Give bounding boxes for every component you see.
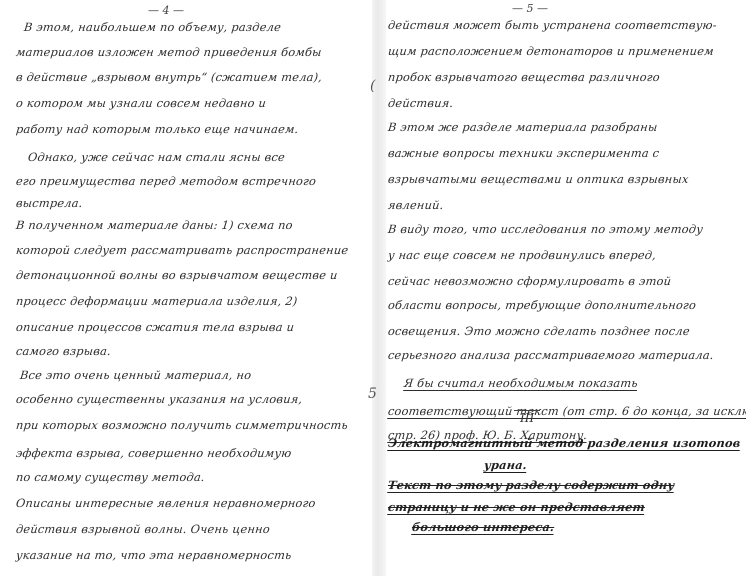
right-text-line: соответствующий текст (от стр. 6 до конц… bbox=[387, 404, 746, 418]
right-text-line: действия может быть устранена соответств… bbox=[387, 18, 717, 32]
left-text-line: указание на то, что эта неравномерность bbox=[15, 548, 292, 562]
margin-mark: 5 bbox=[368, 386, 377, 402]
left-text-line: по самому существу метода. bbox=[15, 470, 205, 484]
right-text-line: пробок взрывчатого вещества различного bbox=[387, 70, 660, 84]
left-page: — 4 — В этом, наибольшем по объему, разд… bbox=[0, 0, 372, 576]
right-text-line: области вопросы, требующие дополнительно… bbox=[387, 298, 697, 312]
right-text-line: В виду того, что исследования по этому м… bbox=[387, 222, 704, 236]
left-text-line: работу над которым только еще начинаем. bbox=[15, 122, 299, 136]
right-page: — 5 — действия может быть устранена соот… bbox=[372, 0, 746, 576]
left-text-line: Однако, уже сейчас нам стали ясны все bbox=[27, 150, 285, 164]
left-text-line: при которых возможно получить симметричн… bbox=[15, 418, 348, 432]
left-text-line: в действие „взрывом внутрь“ (сжатием тел… bbox=[15, 70, 323, 84]
right-text-line: Я бы считал необходимым показать bbox=[403, 376, 638, 390]
left-text-line: детонационной волны во взрывчатом вещест… bbox=[15, 268, 338, 282]
left-text-line: В полученном материале даны: 1) схема по bbox=[15, 218, 293, 232]
section-heading-line-1: Электромагнитный метод разделения изотоп… bbox=[387, 436, 741, 450]
struck-text-line: страницу и не же он представляет bbox=[387, 500, 645, 514]
right-text-line: щим расположением детонаторов и применен… bbox=[387, 44, 714, 58]
right-text-line: действия. bbox=[387, 96, 454, 110]
left-text-line: действия взрывной волны. Очень ценно bbox=[15, 522, 270, 536]
left-text-line: Все это очень ценный материал, но bbox=[19, 368, 252, 382]
left-text-line: выстрела. bbox=[15, 196, 83, 210]
left-text-line: описание процессов сжатия тела взрыва и bbox=[15, 320, 295, 334]
left-text-line: эффекта взрыва, совершенно необходимую bbox=[15, 446, 292, 460]
struck-text-line: большого интереса. bbox=[411, 520, 555, 534]
left-text-line: его преимущества перед методом встречног… bbox=[15, 174, 317, 188]
struck-text-line: Текст по этому разделу содержит одну bbox=[387, 478, 675, 492]
page-number: — 4 — bbox=[148, 4, 184, 17]
section-number: III bbox=[514, 410, 540, 425]
page-number: — 5 — bbox=[512, 2, 548, 15]
right-text-line: освещения. Это можно сделать позднее пос… bbox=[387, 324, 690, 338]
left-text-line: В этом, наибольшем по объему, разделе bbox=[23, 20, 282, 34]
left-text-line: Описаны интересные явления неравномерног… bbox=[15, 496, 316, 510]
right-text-line: взрывчатыми веществами и оптика взрывных bbox=[387, 172, 689, 186]
right-text-line: серьезного анализа рассматриваемого мате… bbox=[387, 348, 714, 362]
section-heading-line-2: урана. bbox=[483, 458, 527, 472]
left-text-line: самого взрыва. bbox=[15, 344, 111, 358]
left-text-line: особенно существенны указания на условия… bbox=[15, 392, 303, 406]
right-text-line: у нас еще совсем не продвинулись вперед, bbox=[387, 248, 657, 262]
left-text-line: материалов изложен метод приведения бомб… bbox=[15, 45, 322, 59]
manuscript-spread: — 4 — В этом, наибольшем по объему, разд… bbox=[0, 0, 746, 576]
right-text-line: В этом же разделе материала разобраны bbox=[387, 120, 658, 134]
left-text-line: процесс деформации материала изделия, 2) bbox=[15, 294, 298, 308]
margin-mark: ( bbox=[370, 78, 375, 94]
right-text-line: важные вопросы техники эксперимента с bbox=[387, 146, 660, 160]
right-text-line: сейчас невозможно сформулировать в этой bbox=[387, 274, 672, 288]
left-text-line: которой следует рассматривать распростра… bbox=[15, 243, 349, 257]
right-text-line: явлений. bbox=[387, 198, 444, 212]
left-text-line: о котором мы узнали совсем недавно и bbox=[15, 96, 267, 110]
